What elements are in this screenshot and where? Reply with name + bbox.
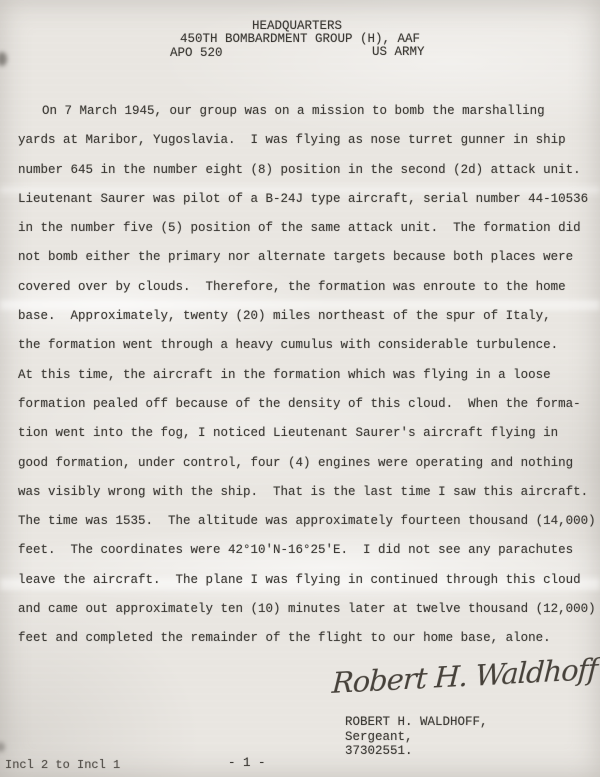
body-line: At this time, the aircraft in the format…	[18, 361, 600, 390]
body-line: number 645 in the number eight (8) posit…	[18, 156, 600, 185]
body-line: not bomb either the primary nor alternat…	[18, 243, 600, 272]
body-line: feet. The coordinates were 42°10'N-16°25…	[18, 536, 600, 565]
signature-typed-name: ROBERT H. WALDHOFF,	[345, 715, 488, 730]
body-line: good formation, under control, four (4) …	[18, 449, 600, 478]
inclosure-note: Incl 2 to Incl 1	[5, 758, 120, 772]
body-line: and came out approximately ten (10) minu…	[18, 595, 600, 624]
body-line: covered over by clouds. Therefore, the f…	[18, 273, 600, 302]
body-line: Lieutenant Saurer was pilot of a B-24J t…	[18, 185, 600, 214]
page-number: - 1 -	[228, 756, 266, 770]
body-line: formation pealed off because of the dens…	[18, 390, 600, 419]
body-line: base. Approximately, twenty (20) miles n…	[18, 302, 600, 331]
letter-body: On 7 March 1945, our group was on a miss…	[18, 97, 600, 654]
scanned-letter-page: HEADQUARTERS 450TH BOMBARDMENT GROUP (H)…	[0, 0, 600, 777]
scan-edge-smudge	[0, 742, 5, 752]
signature-block: ROBERT H. WALDHOFF, Sergeant, 37302551.	[345, 715, 488, 759]
body-line: the formation went through a heavy cumul…	[18, 331, 600, 360]
header-headquarters: HEADQUARTERS	[252, 19, 342, 33]
header-unit-name: 450TH BOMBARDMENT GROUP (H), AAF	[180, 32, 420, 46]
signature-serial-number: 37302551.	[345, 744, 488, 759]
body-line: leave the aircraft. The plane I was flyi…	[18, 566, 600, 595]
body-line: feet and completed the remainder of the …	[18, 624, 600, 653]
body-line: tion went into the fog, I noticed Lieute…	[18, 419, 600, 448]
header-apo: APO 520	[170, 46, 223, 60]
signature-rank: Sergeant,	[345, 730, 488, 745]
body-line: was visibly wrong with the ship. That is…	[18, 478, 600, 507]
handwritten-signature: Robert H. Waldhoff	[331, 652, 592, 700]
body-line: in the number five (5) position of the s…	[18, 214, 600, 243]
header-us-army: US ARMY	[372, 45, 425, 59]
body-line: On 7 March 1945, our group was on a miss…	[18, 97, 600, 126]
body-line: The time was 1535. The altitude was appr…	[18, 507, 600, 536]
scan-edge-smudge	[0, 52, 7, 66]
body-line: yards at Maribor, Yugoslavia. I was flyi…	[18, 126, 600, 155]
